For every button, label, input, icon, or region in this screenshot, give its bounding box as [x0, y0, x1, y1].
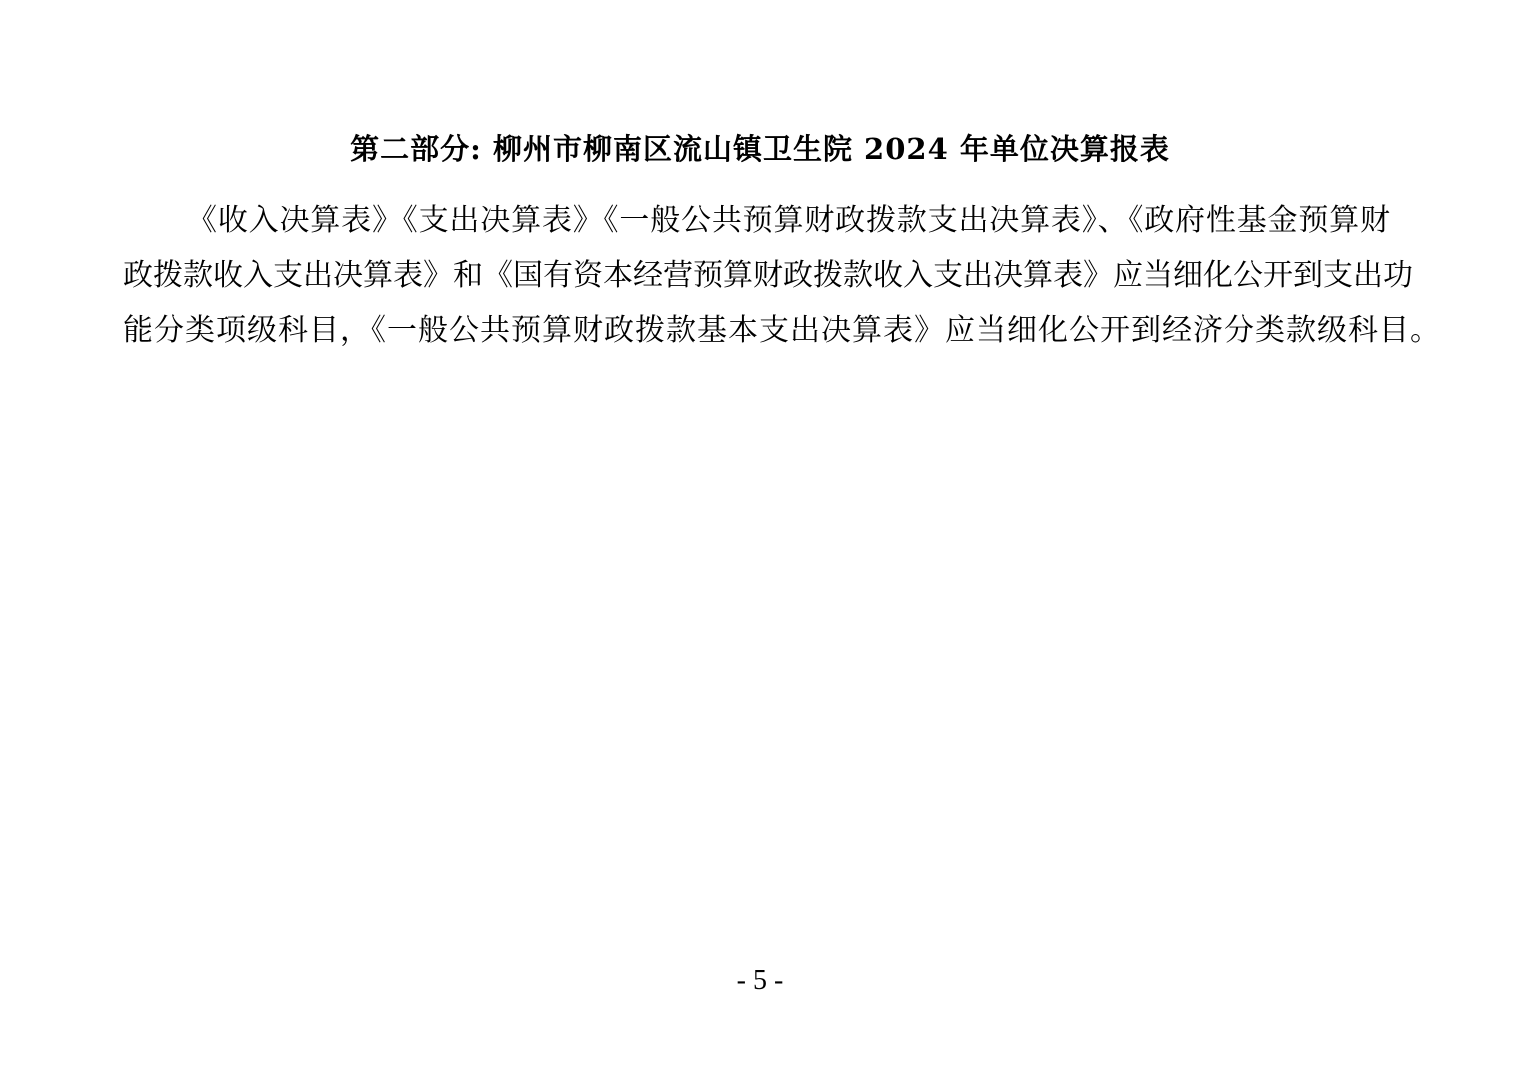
page-number: - 5 - — [0, 963, 1520, 999]
section-title: 第二部分: 柳州市柳南区流山镇卫生院 2024 年单位决算报表 — [0, 131, 1520, 167]
document-page: 第二部分: 柳州市柳南区流山镇卫生院 2024 年单位决算报表 《收入决算表》《… — [0, 0, 1520, 1074]
paragraph-line: 《收入决算表》《支出决算表》《一般公共预算财政拨款支出决算表》、《政府性基金预算… — [123, 193, 1390, 248]
paragraph-line: 政拨款收入支出决算表》和《国有资本经营预算财政拨款收入支出决算表》应当细化公开到… — [123, 248, 1390, 303]
paragraph-line: 能分类项级科目，《一般公共预算财政拨款基本支出决算表》应当细化公开到经济分类款级… — [123, 303, 1390, 358]
body-paragraph: 《收入决算表》《支出决算表》《一般公共预算财政拨款支出决算表》、《政府性基金预算… — [123, 193, 1390, 358]
